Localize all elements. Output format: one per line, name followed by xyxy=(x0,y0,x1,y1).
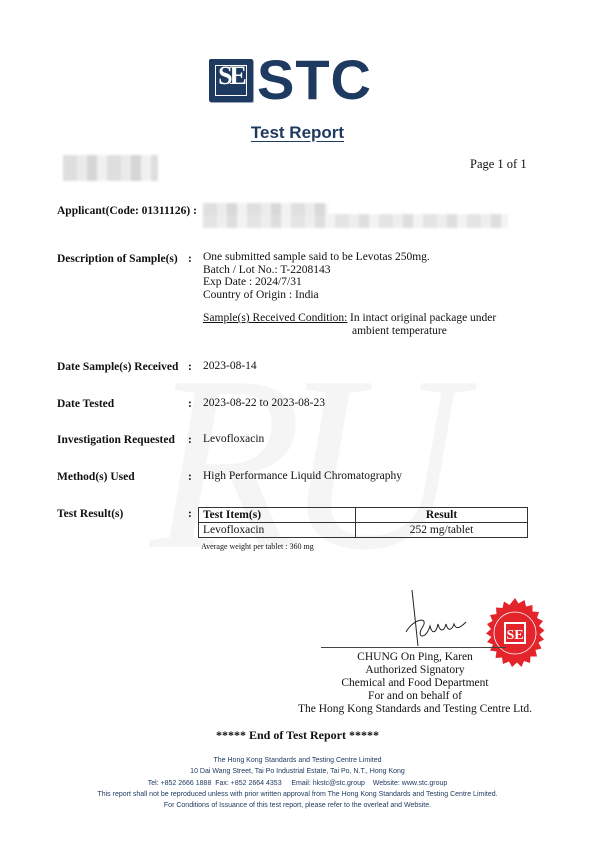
signatory-title: Authorized Signatory xyxy=(300,664,530,677)
test-item-cell: Levofloxacin xyxy=(199,523,356,538)
logo-text: STC xyxy=(257,52,372,108)
footer-disclaimer: This report shall not be reproduced unle… xyxy=(0,789,595,800)
date-received-value: 2023-08-14 xyxy=(203,360,257,373)
signature-line xyxy=(321,647,506,648)
footer-contact: Tel: +852 2666 1888 Fax: +852 2664 4353 … xyxy=(0,778,595,789)
signature-icon xyxy=(400,588,470,650)
company-name: The Hong Kong Standards and Testing Cent… xyxy=(270,703,560,716)
signatory-block: CHUNG On Ping, Karen Authorized Signator… xyxy=(300,651,530,716)
stc-logo-icon: SE xyxy=(209,59,253,102)
footer-company: The Hong Kong Standards and Testing Cent… xyxy=(0,755,595,766)
column-header: Result xyxy=(356,508,528,523)
applicant-label: Applicant(Code: 01311126) : xyxy=(57,205,197,217)
redacted-applicant-2 xyxy=(203,214,508,228)
condition-label: Sample(s) Received Condition: xyxy=(203,312,347,325)
result-cell: 252 mg/tablet xyxy=(356,523,528,538)
results-label: Test Result(s) xyxy=(57,508,123,520)
date-tested-value: 2023-08-22 to 2023-08-23 xyxy=(203,397,325,410)
page-indicator: Page 1 of 1 xyxy=(470,157,527,172)
signatory-department: Chemical and Food Department xyxy=(300,677,530,690)
method-value: High Performance Liquid Chromatography xyxy=(203,470,402,483)
results-table: Test Item(s) Result Levofloxacin 252 mg/… xyxy=(198,507,528,538)
on-behalf: For and on behalf of xyxy=(300,690,530,703)
footer-conditions: For Conditions of Issuance of this test … xyxy=(0,800,595,811)
colon: : xyxy=(188,361,192,373)
colon: : xyxy=(188,253,192,265)
investigation-label: Investigation Requested xyxy=(57,434,175,446)
svg-text:SE: SE xyxy=(506,628,523,643)
footer: The Hong Kong Standards and Testing Cent… xyxy=(0,755,595,811)
description-value: One submitted sample said to be Levotas … xyxy=(203,251,430,301)
date-received-label: Date Sample(s) Received xyxy=(57,361,178,373)
condition-value: In intact original package under ambient… xyxy=(350,312,496,337)
colon: : xyxy=(188,398,192,410)
column-header: Test Item(s) xyxy=(199,508,356,523)
date-tested-label: Date Tested xyxy=(57,398,114,410)
watermark: RU xyxy=(150,320,443,608)
table-header-row: Test Item(s) Result xyxy=(199,508,528,523)
colon: : xyxy=(188,508,192,520)
description-label: Description of Sample(s) xyxy=(57,253,178,265)
end-of-report: ***** End of Test Report ***** xyxy=(0,728,595,743)
investigation-value: Levofloxacin xyxy=(203,433,264,446)
colon: : xyxy=(188,471,192,483)
page-title: Test Report xyxy=(0,123,595,143)
method-label: Method(s) Used xyxy=(57,471,135,483)
colon: : xyxy=(188,434,192,446)
footer-address: 10 Dai Wang Street, Tai Po Industrial Es… xyxy=(0,766,595,777)
redacted-reference xyxy=(63,155,158,181)
average-weight-note: Average weight per tablet : 360 mg xyxy=(201,542,314,551)
table-row: Levofloxacin 252 mg/tablet xyxy=(199,523,528,538)
signatory-name: CHUNG On Ping, Karen xyxy=(300,651,530,664)
